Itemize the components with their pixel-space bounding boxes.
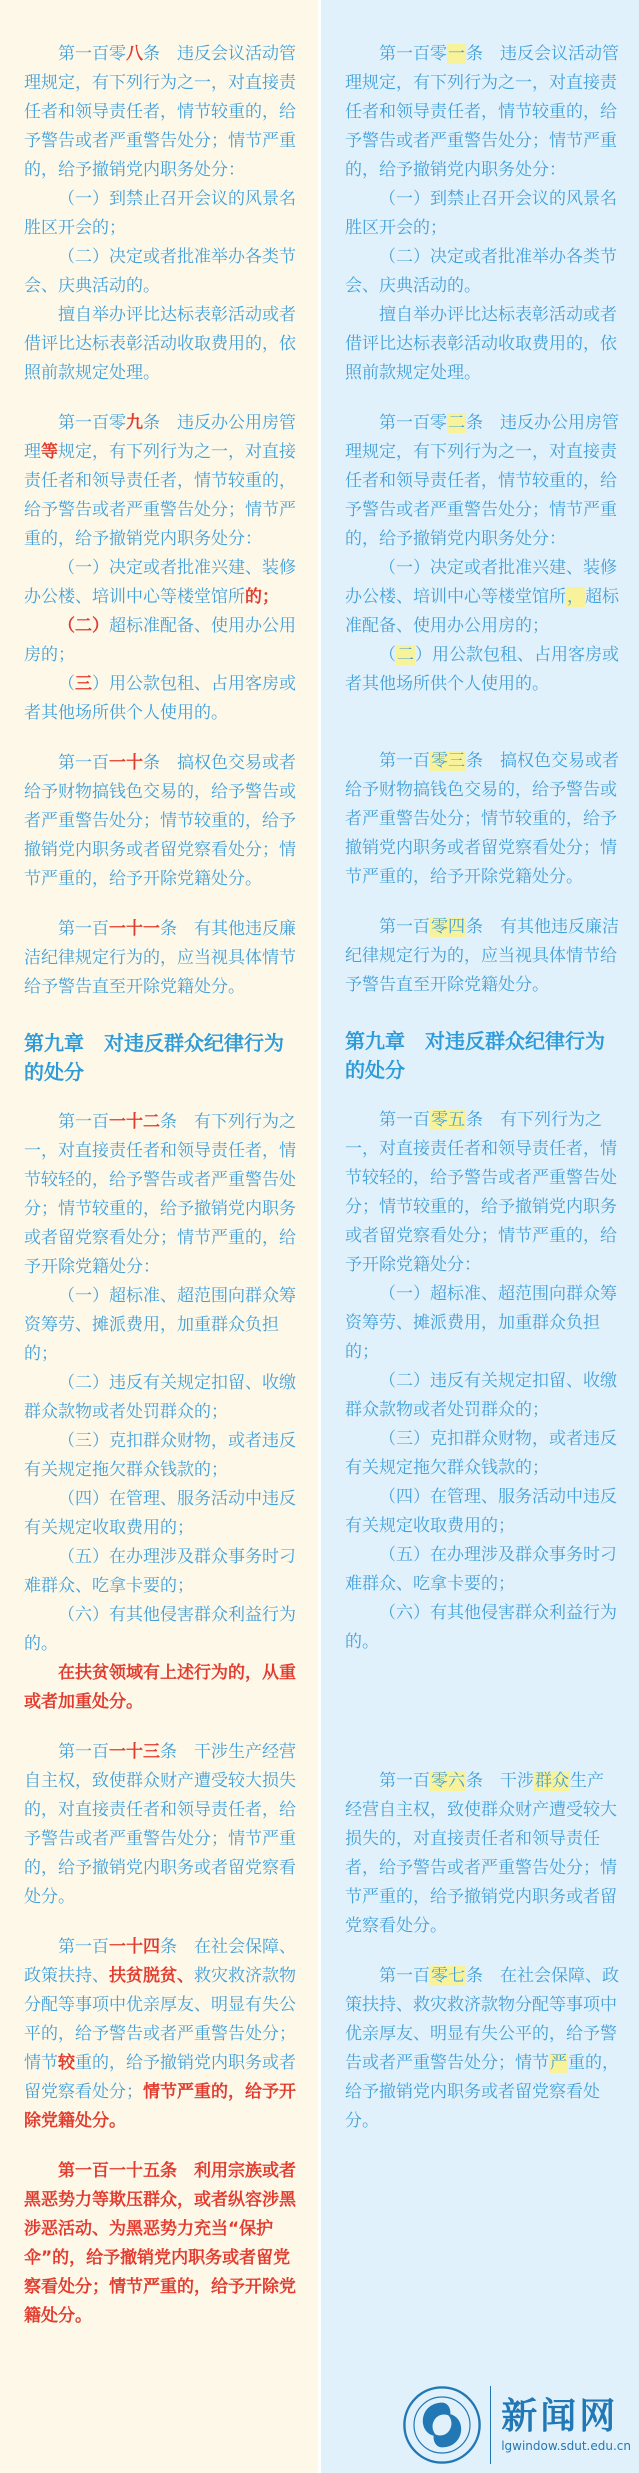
paragraph: （二）决定或者批准举办各类节会、庆典活动的。: [345, 243, 619, 301]
highlighted-text: 二: [396, 645, 415, 665]
body-text: （六）有其他侵害群众利益行为的。: [24, 1605, 296, 1654]
paragraph: （二）决定或者批准举办各类节会、庆典活动的。: [24, 243, 298, 301]
paragraph: 第一百零九条 违反办公用房管理等规定，有下列行为之一，对直接责任者和领导责任者，…: [24, 409, 298, 554]
paragraph: 第一百零五条 有下列行为之一，对直接责任者和领导责任者，情节较轻的，给予警告或者…: [345, 1106, 619, 1280]
paragraph: （四）在管理、服务活动中违反有关规定收取费用的；: [345, 1483, 619, 1541]
paragraph: （一）决定或者批准兴建、装修办公楼、培训中心等楼堂馆所的；: [24, 554, 298, 612]
paragraph: （六）有其他侵害群众利益行为的。: [24, 1601, 298, 1659]
body-text: 条 干涉: [466, 1771, 534, 1791]
article-block: 第一百一十二条 有下列行为之一，对直接责任者和领导责任者，情节较轻的，给予警告或…: [24, 1108, 298, 1717]
body-text: （一）到禁止召开会议的风景名胜区开会的；: [345, 189, 617, 238]
body-text: 第一百: [379, 917, 430, 937]
body-text: （六）有其他侵害群众利益行为的。: [345, 1603, 617, 1652]
body-text: 条 干涉生产经营自主权，致使群众财产遭受较大损失的，对直接责任者和领导责任者，给…: [24, 1742, 296, 1907]
paragraph: （二）用公款包租、占用客房或者其他场所供个人使用的。: [345, 641, 619, 699]
paragraph: 第一百一十五条 利用宗族或者黑恶势力等欺压群众，或者纵容涉黑涉恶活动、为黑恶势力…: [24, 2157, 298, 2331]
site-watermark: 新闻网 lgwindow.sdut.edu.cn: [402, 2385, 631, 2465]
revised-text: 等: [41, 442, 58, 462]
revised-text: 较: [58, 2053, 75, 2073]
new-version-column: 第一百零八条 违反会议活动管理规定，有下列行为之一，对直接责任者和领导责任者，情…: [0, 0, 318, 2473]
body-text: 第一百零: [379, 44, 447, 64]
paragraph: （四）在管理、服务活动中违反有关规定收取费用的；: [24, 1485, 298, 1543]
article-block: 第一百一十四条 在社会保障、政策扶持、扶贫脱贫、救灾救济款物分配等事项中优亲厚友…: [24, 1933, 298, 2136]
body-text: （四）在管理、服务活动中违反有关规定收取费用的；: [345, 1487, 617, 1536]
highlighted-text: 零五: [430, 1110, 466, 1130]
paragraph: 第一百零七条 在社会保障、政策扶持、救灾救济款物分配等事项中优亲厚友、明显有失公…: [345, 1962, 619, 2136]
watermark-divider: [490, 2386, 491, 2464]
body-text: 条 搞权色交易或者给予财物搞钱色交易的，给予警告或者严重警告处分；情节较重的，给…: [24, 753, 296, 889]
revised-text: （二）: [58, 616, 109, 636]
article-block: 第一百零四条 有其他违反廉洁纪律规定行为的，应当视具体情节给予警告直至开除党籍处…: [345, 913, 619, 1000]
article-block: 第一百零七条 在社会保障、政策扶持、救灾救济款物分配等事项中优亲厚友、明显有失公…: [345, 1962, 619, 2136]
paragraph: 第一百零二条 违反办公用房管理规定，有下列行为之一，对直接责任者和领导责任者，情…: [345, 409, 619, 554]
paragraph: （三）用公款包租、占用客房或者其他场所供个人使用的。: [24, 670, 298, 728]
body-text: 生产经营自主权，致使群众财产遭受较大损失的，对直接责任者和领导责任者，给予警告或…: [345, 1771, 617, 1936]
body-text: 第九章 对违反群众纪律行为的处分: [345, 1029, 605, 1082]
paragraph: （一）超标准、超范围向群众筹资筹劳、摊派费用，加重群众负担的；: [24, 1282, 298, 1369]
paragraph: （一）到禁止召开会议的风景名胜区开会的；: [24, 185, 298, 243]
body-text: （二）违反有关规定扣留、收缴群众款物或者处罚群众的；: [24, 1373, 296, 1422]
highlighted-text: 严: [549, 2053, 568, 2073]
body-text: 第一百: [58, 1742, 109, 1762]
paragraph: 第一百一十三条 干涉生产经营自主权，致使群众财产遭受较大损失的，对直接责任者和领…: [24, 1738, 298, 1912]
article-block: 第一百一十条 搞权色交易或者给予财物搞钱色交易的，给予警告或者严重警告处分；情节…: [24, 749, 298, 894]
body-text: 第九章 对违反群众纪律行为的处分: [24, 1031, 284, 1084]
chapter-heading: 第九章 对违反群众纪律行为的处分: [24, 1029, 298, 1087]
body-text: 第一百零: [379, 413, 447, 433]
article-block: 第一百零六条 干涉群众生产经营自主权，致使群众财产遭受较大损失的，对直接责任者和…: [345, 1767, 619, 1941]
chapter-heading: 第九章 对违反群众纪律行为的处分: [345, 1027, 619, 1085]
revised-text: 一十三: [109, 1742, 160, 1762]
body-text: 条 有下列行为之一，对直接责任者和领导责任者，情节较轻的，给予警告或者严重警告处…: [24, 1112, 296, 1277]
body-text: 擅自举办评比达标表彰活动或者借评比达标表彰活动收取费用的，依照前款规定处理。: [345, 305, 617, 383]
paragraph: （五）在办理涉及群众事务时刁难群众、吃拿卡要的；: [345, 1541, 619, 1599]
body-text: 条 有下列行为之一，对直接责任者和领导责任者，情节较轻的，给予警告或者严重警告处…: [345, 1110, 617, 1275]
paragraph: （一）超标准、超范围向群众筹资筹劳、摊派费用，加重群众负担的；: [345, 1280, 619, 1367]
body-text: 第一百零: [58, 44, 126, 64]
paragraph: 第九章 对违反群众纪律行为的处分: [345, 1027, 619, 1085]
watermark-site-url: lgwindow.sdut.edu.cn: [501, 2439, 631, 2453]
revised-text: 一十一: [109, 919, 160, 939]
body-text: （: [58, 674, 75, 694]
revised-text: 一十: [109, 753, 143, 773]
highlighted-text: 零六: [430, 1771, 466, 1791]
paragraph: 擅自举办评比达标表彰活动或者借评比达标表彰活动收取费用的，依照前款规定处理。: [24, 301, 298, 388]
body-text: 第一百: [58, 919, 109, 939]
article-block: 第一百零八条 违反会议活动管理规定，有下列行为之一，对直接责任者和领导责任者，情…: [24, 40, 298, 388]
article-block: 第一百一十一条 有其他违反廉洁纪律规定行为的，应当视具体情节给予警告直至开除党籍…: [24, 915, 298, 1002]
article-block: 第一百零五条 有下列行为之一，对直接责任者和领导责任者，情节较轻的，给予警告或者…: [345, 1106, 619, 1657]
paragraph: （五）在办理涉及群众事务时刁难群众、吃拿卡要的；: [24, 1543, 298, 1601]
paragraph: 第一百零六条 干涉群众生产经营自主权，致使群众财产遭受较大损失的，对直接责任者和…: [345, 1767, 619, 1941]
revised-text: 第一百一十五条 利用宗族或者黑恶势力等欺压群众，或者纵容涉黑涉恶活动、为黑恶势力…: [24, 2161, 296, 2326]
paragraph: 第一百零八条 违反会议活动管理规定，有下列行为之一，对直接责任者和领导责任者，情…: [24, 40, 298, 185]
highlighted-text: ，: [566, 587, 585, 607]
paragraph: 第一百零一条 违反会议活动管理规定，有下列行为之一，对直接责任者和领导责任者，情…: [345, 40, 619, 185]
body-text: （五）在办理涉及群众事务时刁难群众、吃拿卡要的；: [345, 1545, 617, 1594]
revised-text: 九: [126, 413, 143, 433]
body-text: （: [379, 645, 396, 665]
body-text: 第一百: [58, 753, 109, 773]
revised-text: 在扶贫领域有上述行为的，从重或者加重处分。: [24, 1663, 296, 1712]
article-block: 第一百零一条 违反会议活动管理规定，有下列行为之一，对直接责任者和领导责任者，情…: [345, 40, 619, 388]
paragraph: （一）到禁止召开会议的风景名胜区开会的；: [345, 185, 619, 243]
body-text: 第一百零: [58, 413, 126, 433]
paragraph: 第一百一十二条 有下列行为之一，对直接责任者和领导责任者，情节较轻的，给予警告或…: [24, 1108, 298, 1282]
article-block: 第一百零三条 搞权色交易或者给予财物搞钱色交易的，给予警告或者严重警告处分；情节…: [345, 747, 619, 892]
article-block: 第一百零二条 违反办公用房管理规定，有下列行为之一，对直接责任者和领导责任者，情…: [345, 409, 619, 699]
body-text: （一）到禁止召开会议的风景名胜区开会的；: [24, 189, 296, 238]
revised-text: 一十二: [109, 1112, 160, 1132]
paragraph: （六）有其他侵害群众利益行为的。: [345, 1599, 619, 1657]
article-block: 第一百一十三条 干涉生产经营自主权，致使群众财产遭受较大损失的，对直接责任者和领…: [24, 1738, 298, 1912]
body-text: 第一百: [379, 1966, 430, 1986]
highlighted-text: 群众: [534, 1771, 570, 1791]
body-text: （二）违反有关规定扣留、收缴群众款物或者处罚群众的；: [345, 1371, 617, 1420]
paragraph: （三）克扣群众财物，或者违反有关规定拖欠群众钱款的；: [24, 1427, 298, 1485]
body-text: （三）克扣群众财物，或者违反有关规定拖欠群众钱款的；: [345, 1429, 617, 1478]
article-block: 第一百一十五条 利用宗族或者黑恶势力等欺压群众，或者纵容涉黑涉恶活动、为黑恶势力…: [24, 2157, 298, 2331]
body-text: （五）在办理涉及群众事务时刁难群众、吃拿卡要的；: [24, 1547, 296, 1596]
body-text: 规定，有下列行为之一，对直接责任者和领导责任者，情节较重的，给予警告或者严重警告…: [24, 442, 296, 549]
body-text: 第一百: [58, 1937, 109, 1957]
paragraph: 第一百一十四条 在社会保障、政策扶持、扶贫脱贫、救灾救济款物分配等事项中优亲厚友…: [24, 1933, 298, 2136]
highlighted-text: 一: [447, 44, 466, 64]
revised-text: 八: [126, 44, 143, 64]
body-text: （三）克扣群众财物，或者违反有关规定拖欠群众钱款的；: [24, 1431, 296, 1480]
watermark-site-title: 新闻网: [501, 2397, 618, 2437]
body-text: （二）决定或者批准举办各类节会、庆典活动的。: [345, 247, 617, 296]
paragraph: 第一百零三条 搞权色交易或者给予财物搞钱色交易的，给予警告或者严重警告处分；情节…: [345, 747, 619, 892]
body-text: （一）超标准、超范围向群众筹资筹劳、摊派费用，加重群众负担的；: [24, 1286, 296, 1364]
paragraph: 擅自举办评比达标表彰活动或者借评比达标表彰活动收取费用的，依照前款规定处理。: [345, 301, 619, 388]
body-text: 条 搞权色交易或者给予财物搞钱色交易的，给予警告或者严重警告处分；情节较重的，给…: [345, 751, 619, 887]
paragraph: （二）违反有关规定扣留、收缴群众款物或者处罚群众的；: [24, 1369, 298, 1427]
highlighted-text: 二: [447, 413, 466, 433]
paragraph: （一）决定或者批准兴建、装修办公楼、培训中心等楼堂馆所，超标准配备、使用办公用房…: [345, 554, 619, 641]
body-text: （四）在管理、服务活动中违反有关规定收取费用的；: [24, 1489, 296, 1538]
body-text: （二）决定或者批准举办各类节会、庆典活动的。: [24, 247, 296, 296]
body-text: 条 违反会议活动管理规定，有下列行为之一，对直接责任者和领导责任者，情节较重的，…: [24, 44, 296, 180]
old-version-column: 第一百零一条 违反会议活动管理规定，有下列行为之一，对直接责任者和领导责任者，情…: [321, 0, 639, 2473]
paragraph: （二）违反有关规定扣留、收缴群众款物或者处罚群众的；: [345, 1367, 619, 1425]
highlighted-text: 零七: [430, 1966, 466, 1986]
body-text: 第一百: [379, 1771, 430, 1791]
paragraph: 第一百零四条 有其他违反廉洁纪律规定行为的，应当视具体情节给予警告直至开除党籍处…: [345, 913, 619, 1000]
highlighted-text: 零三: [430, 751, 466, 771]
regulation-comparison-page: 第一百零八条 违反会议活动管理规定，有下列行为之一，对直接责任者和领导责任者，情…: [0, 0, 639, 2473]
university-seal-icon: [402, 2385, 482, 2465]
body-text: 第一百: [58, 1112, 109, 1132]
paragraph: 第九章 对违反群众纪律行为的处分: [24, 1029, 298, 1087]
paragraph: （三）克扣群众财物，或者违反有关规定拖欠群众钱款的；: [345, 1425, 619, 1483]
revised-text: 扶贫脱贫、: [109, 1966, 194, 1986]
paragraph: 在扶贫领域有上述行为的，从重或者加重处分。: [24, 1659, 298, 1717]
body-text: 擅自举办评比达标表彰活动或者借评比达标表彰活动收取费用的，依照前款规定处理。: [24, 305, 296, 383]
revised-text: 的；: [245, 587, 279, 607]
body-text: 条 违反会议活动管理规定，有下列行为之一，对直接责任者和领导责任者，情节较重的，…: [345, 44, 619, 180]
paragraph: （二）超标准配备、使用办公用房的；: [24, 612, 298, 670]
paragraph: 第一百一十一条 有其他违反廉洁纪律规定行为的，应当视具体情节给予警告直至开除党籍…: [24, 915, 298, 1002]
body-text: 条 违反办公用房管理规定，有下列行为之一，对直接责任者和领导责任者，情节较重的，…: [345, 413, 619, 549]
body-text: （一）超标准、超范围向群众筹资筹劳、摊派费用，加重群众负担的；: [345, 1284, 617, 1362]
article-block: 第一百零九条 违反办公用房管理等规定，有下列行为之一，对直接责任者和领导责任者，…: [24, 409, 298, 728]
revised-text: 三: [75, 674, 92, 694]
highlighted-text: 零四: [430, 917, 466, 937]
paragraph: 第一百一十条 搞权色交易或者给予财物搞钱色交易的，给予警告或者严重警告处分；情节…: [24, 749, 298, 894]
body-text: 第一百: [379, 1110, 430, 1130]
body-text: 第一百: [379, 751, 430, 771]
revised-text: 一十四: [109, 1937, 160, 1957]
